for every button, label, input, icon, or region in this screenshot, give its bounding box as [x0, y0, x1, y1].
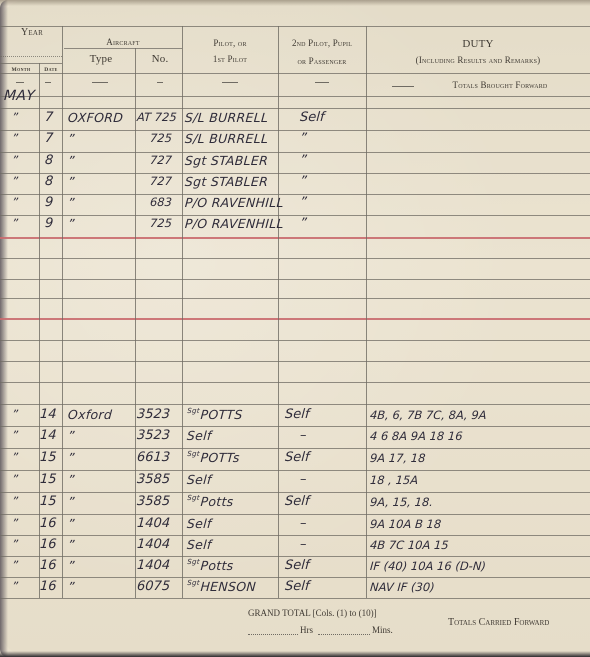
month-ditto: ”	[12, 494, 19, 508]
pilot-name: SgtPotts	[186, 558, 234, 573]
aircraft-number: 3585	[136, 472, 170, 487]
entry-date: 8	[44, 174, 53, 189]
header-pilot: Pilot, or	[182, 38, 278, 48]
pilot-rank: Sgt	[187, 579, 200, 587]
header-aircraft: Aircraft	[64, 37, 182, 47]
pilot-surname: Self	[186, 516, 212, 531]
second-pilot: ”	[299, 174, 307, 189]
dash	[157, 82, 163, 83]
aircraft-number: 3523	[136, 428, 170, 443]
second-pilot: ”	[299, 216, 307, 231]
second-pilot: Self	[299, 110, 325, 125]
pilot-name: Self	[186, 516, 212, 531]
month-ditto: ”	[12, 153, 19, 167]
duty-remarks: 9A 10A B 18	[370, 517, 442, 531]
pilot-surname: Potts	[200, 494, 234, 509]
aircraft-number: 3585	[136, 494, 170, 509]
month-ditto: ”	[12, 558, 19, 572]
pilot-name: Sgt STABLER	[184, 174, 268, 189]
hrs-label: Hrs	[300, 625, 313, 635]
aircraft-number: 6613	[136, 450, 170, 465]
column-line	[366, 26, 367, 598]
rule-line	[0, 598, 590, 599]
entry-date: 7	[44, 131, 53, 146]
rule-line	[0, 73, 590, 74]
dash	[315, 82, 329, 83]
aircraft-type: ”	[67, 216, 75, 231]
month-ditto: ”	[12, 407, 19, 421]
totals-carried-forward: Totals Carried Forward	[448, 617, 549, 628]
second-pilot: Self	[284, 450, 310, 465]
duty-remarks: NAV IF (30)	[370, 580, 436, 594]
dash	[222, 82, 238, 83]
rule-line	[0, 298, 590, 299]
month-ditto: ”	[12, 195, 19, 209]
second-pilot: Self	[284, 494, 310, 509]
aircraft-type: ”	[67, 174, 75, 189]
entry-date: 15	[39, 472, 57, 487]
header-second-pilot: 2nd Pilot, Pupil	[278, 38, 366, 48]
header-duty-sub: (Including Results and Remarks)	[366, 55, 590, 65]
aircraft-number: 1404	[136, 558, 170, 573]
pilot-surname: Self	[186, 428, 212, 443]
aircraft-type: ”	[67, 472, 75, 487]
aircraft-type: ”	[67, 450, 75, 465]
pilot-surname: POTTs	[200, 450, 240, 465]
rule-line	[0, 426, 590, 427]
pilot-name: SgtPOTTs	[186, 450, 240, 465]
column-line	[182, 26, 183, 598]
entry-date: 9	[44, 195, 53, 210]
pilot-rank: Sgt	[187, 558, 200, 566]
entry-date: 14	[39, 407, 57, 422]
entry-date: 8	[44, 153, 53, 168]
second-pilot: ”	[299, 153, 307, 168]
aircraft-type: ”	[67, 494, 75, 509]
month-ditto: ”	[12, 428, 19, 442]
pilot-rank: Sgt	[187, 450, 200, 458]
month-ditto: ”	[12, 216, 19, 230]
hrs-dots	[248, 625, 298, 635]
rule-line	[0, 215, 590, 216]
aircraft-type: ”	[67, 195, 75, 210]
pilot-name: SgtHENSON	[186, 579, 256, 594]
month-ditto: ”	[12, 450, 19, 464]
pilot-name: P/O RAVENHILL	[184, 195, 284, 210]
rule-line	[0, 56, 62, 57]
pilot-name: Self	[186, 537, 212, 552]
aircraft-number: 6075	[136, 579, 170, 594]
duty-remarks: 4B 7C 10A 15	[370, 538, 450, 552]
entry-date: 16	[39, 579, 57, 594]
duty-remarks: IF (40) 10A 16 (D-N)	[370, 559, 487, 573]
duty-remarks: 4B, 6, 7B 7C, 8A, 9A	[370, 408, 488, 422]
aircraft-number: 725	[150, 131, 173, 145]
rule-line	[0, 96, 590, 97]
rule-line	[0, 26, 590, 27]
rule-line	[0, 258, 590, 259]
aircraft-type: ”	[67, 537, 75, 552]
header-date: Date	[40, 67, 62, 73]
second-pilot: –	[299, 537, 307, 552]
rule-line	[0, 63, 62, 64]
grand-total-label: GRAND TOTAL [Cols. (1) to (10)]	[248, 608, 377, 618]
aircraft-number: 1404	[136, 537, 170, 552]
dash	[45, 82, 51, 83]
pilot-rank: Sgt	[187, 494, 200, 502]
column-line	[278, 26, 279, 598]
month-ditto: ”	[12, 516, 19, 530]
rule-line	[0, 152, 590, 153]
rule-line	[0, 514, 590, 515]
aircraft-number: 725	[150, 216, 173, 230]
rule-line	[0, 279, 590, 280]
aircraft-number: 727	[150, 153, 173, 167]
dash	[392, 86, 414, 87]
header-duty: DUTY	[366, 38, 590, 50]
pilot-surname: HENSON	[200, 579, 257, 594]
month-ditto: ”	[12, 110, 19, 124]
pilot-name: SgtPotts	[186, 494, 234, 509]
entry-date: 16	[39, 558, 57, 573]
month-ditto: ”	[12, 579, 19, 593]
entry-date: 16	[39, 516, 57, 531]
pilot-rank: Sgt	[187, 407, 200, 415]
second-pilot: –	[299, 428, 307, 443]
second-pilot: ”	[299, 131, 307, 146]
page-bottom-edge	[0, 651, 590, 657]
second-pilot: –	[299, 472, 307, 487]
aircraft-type: ”	[67, 558, 75, 573]
month-ditto: ”	[12, 472, 19, 486]
header-no: No.	[138, 53, 182, 65]
rule-line	[0, 556, 590, 557]
rule-line	[0, 130, 590, 131]
pilot-name: Self	[186, 428, 212, 443]
mins-dots	[318, 625, 370, 635]
rule-line	[0, 194, 590, 195]
totals-brought-forward: Totals Brought Forward	[420, 80, 580, 90]
aircraft-number: 1404	[136, 516, 170, 531]
second-pilot: ”	[299, 195, 307, 210]
aircraft-number: 683	[150, 195, 173, 209]
rule-line	[0, 577, 590, 578]
rule-line	[0, 535, 590, 536]
header-type: Type	[64, 53, 138, 65]
page-edge-shadow	[0, 0, 590, 6]
header-month: Month	[2, 67, 40, 73]
pilot-surname: Potts	[200, 558, 234, 573]
pilot-surname: POTTS	[200, 407, 243, 422]
column-line	[135, 48, 136, 598]
duty-remarks: 18 , 15A	[370, 473, 419, 487]
rule-line	[0, 448, 590, 449]
duty-remarks: 9A 17, 18	[370, 451, 426, 465]
rule-line	[0, 173, 590, 174]
entry-date: 9	[44, 216, 53, 231]
aircraft-type: ”	[67, 153, 75, 168]
aircraft-number: 3523	[136, 407, 170, 422]
rule-line	[0, 237, 590, 239]
header-pilot-2: 1st Pilot	[182, 54, 278, 64]
duty-remarks: 9A, 15, 18.	[370, 495, 434, 509]
pilot-name: P/O RAVENHILL	[184, 216, 284, 231]
rule-line	[0, 404, 590, 405]
aircraft-type: ”	[67, 516, 75, 531]
pilot-name: S/L BURRELL	[184, 131, 268, 146]
aircraft-type: Oxford	[67, 407, 112, 422]
dash	[16, 82, 24, 83]
column-line	[62, 26, 63, 598]
month-ditto: ”	[12, 174, 19, 188]
aircraft-type: ”	[67, 579, 75, 594]
rule-line	[0, 108, 590, 109]
entry-date: 15	[39, 450, 57, 465]
rule-line	[0, 470, 590, 471]
pilot-surname: Self	[186, 537, 212, 552]
pilot-name: S/L BURRELL	[184, 110, 268, 125]
rule-line	[0, 318, 590, 320]
rule-line	[64, 48, 182, 49]
aircraft-number: 727	[150, 174, 173, 188]
second-pilot: Self	[284, 558, 310, 573]
entry-date: 15	[39, 494, 57, 509]
rule-line	[0, 382, 590, 383]
rule-line	[0, 361, 590, 362]
header-second-pilot-2: or Passenger	[278, 56, 366, 66]
second-pilot: Self	[284, 579, 310, 594]
pilot-name: Self	[186, 472, 212, 487]
aircraft-type: OXFORD	[67, 110, 123, 125]
second-pilot: –	[299, 516, 307, 531]
month-ditto: ”	[12, 131, 19, 145]
second-pilot: Self	[284, 407, 310, 422]
rule-line	[0, 492, 590, 493]
aircraft-number: AT 725	[137, 110, 178, 124]
entry-date: 14	[39, 428, 57, 443]
pilot-surname: Self	[186, 472, 212, 487]
pilot-name: Sgt STABLER	[184, 153, 268, 168]
aircraft-type: ”	[67, 131, 75, 146]
mins-label: Mins.	[372, 625, 393, 635]
entry-date: 7	[44, 110, 53, 125]
pilot-name: SgtPOTTS	[186, 407, 243, 422]
entry-date: 16	[39, 537, 57, 552]
dash	[92, 82, 108, 83]
rule-line	[0, 340, 590, 341]
header-year: Year	[4, 27, 60, 38]
month-ditto: ”	[12, 537, 19, 551]
aircraft-type: ”	[67, 428, 75, 443]
duty-remarks: 4 6 8A 9A 18 16	[370, 429, 464, 443]
month-label: MAY	[3, 88, 35, 104]
